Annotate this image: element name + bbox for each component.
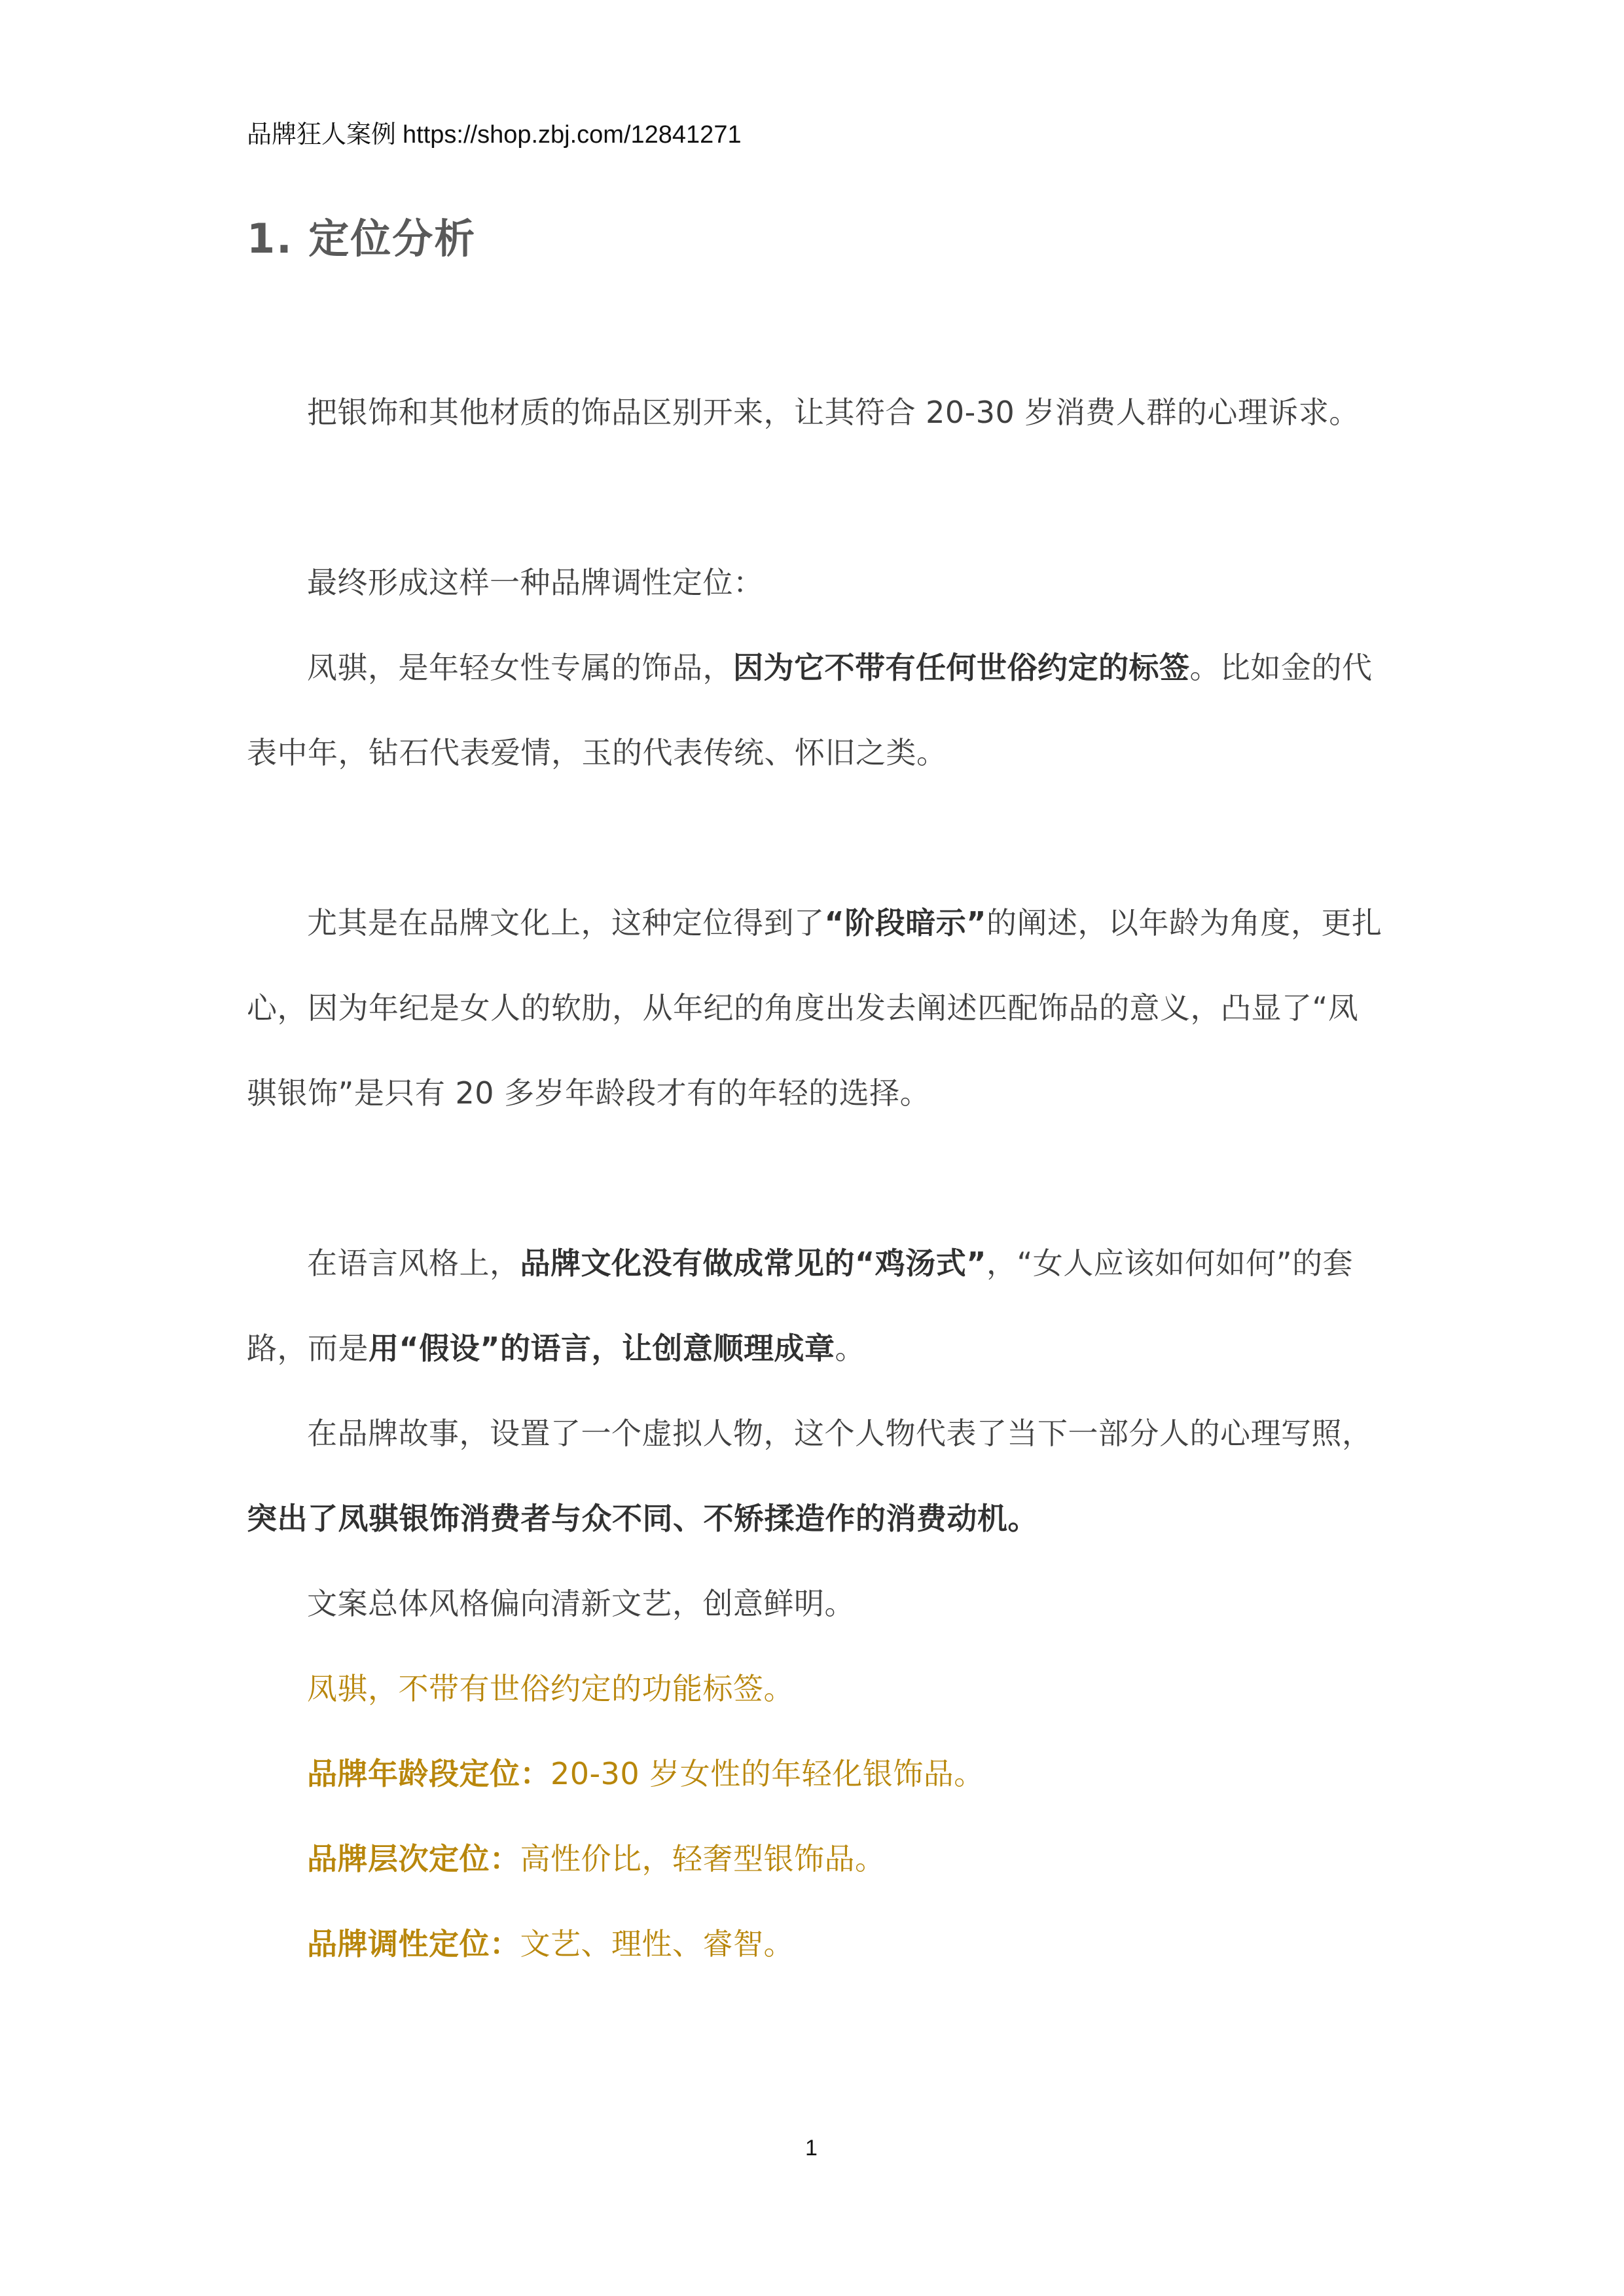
- paragraph-3: 凤骐，是年轻女性专属的饰品，因为它不带有任何世俗约定的标签。比如金的代表中年，钻…: [247, 625, 1386, 795]
- tier-positioning-label: 品牌层次定位：: [307, 1841, 520, 1876]
- paragraph-2-text: 最终形成这样一种品牌调性定位：: [307, 565, 764, 600]
- paragraph-4-emphasis: “阶段暗示”: [825, 905, 986, 941]
- paragraph-1-text: 把银饰和其他材质的饰品区别开来，让其符合 20-30 岁消费人群的心理诉求。: [307, 395, 1360, 430]
- paragraph-5-text-c: 。: [835, 1331, 865, 1366]
- page-number: 1: [805, 2135, 818, 2161]
- paragraph-6: 在品牌故事，设置了一个虚拟人物，这个人物代表了当下一部分人的心理写照，突出了凤骐…: [247, 1391, 1386, 1561]
- tone-positioning-label: 品牌调性定位：: [307, 1926, 520, 1962]
- section-title-text: 定位分析: [308, 215, 476, 262]
- age-positioning-value: 20-30 岁女性的年轻化银饰品。: [550, 1756, 984, 1791]
- tone-positioning-value: 文艺、理性、睿智。: [520, 1926, 795, 1962]
- paragraph-4: 尤其是在品牌文化上，这种定位得到了“阶段暗示”的阐述，以年龄为角度，更扎心，因为…: [247, 880, 1386, 1136]
- page-header: 品牌狂人案例https://shop.zbj.com/12841271: [247, 118, 742, 151]
- age-positioning-label: 品牌年龄段定位：: [307, 1756, 550, 1791]
- paragraph-5-emphasis-2: 用“假设”的语言，让创意顺理成章: [369, 1331, 835, 1366]
- paragraph-1: 把银饰和其他材质的饰品区别开来，让其符合 20-30 岁消费人群的心理诉求。: [247, 370, 1386, 455]
- highlight-tone-positioning: 品牌调性定位：文艺、理性、睿智。: [247, 1901, 1386, 1986]
- paragraph-5-text-a: 在语言风格上，: [307, 1246, 520, 1281]
- highlight-tagline: 凤骐，不带有世俗约定的功能标签。: [247, 1646, 1386, 1731]
- paragraph-4-text-a: 尤其是在品牌文化上，这种定位得到了: [307, 905, 825, 941]
- tier-positioning-value: 高性价比，轻奢型银饰品。: [520, 1841, 886, 1876]
- highlight-tier-positioning: 品牌层次定位：高性价比，轻奢型银饰品。: [247, 1816, 1386, 1901]
- paragraph-2: 最终形成这样一种品牌调性定位：: [247, 540, 1386, 625]
- header-brand: 品牌狂人案例: [247, 120, 396, 149]
- paragraph-7-text: 文案总体风格偏向清新文艺，创意鲜明。: [307, 1586, 855, 1621]
- paragraph-3-emphasis: 因为它不带有任何世俗约定的标签: [733, 650, 1190, 685]
- header-url[interactable]: https://shop.zbj.com/12841271: [403, 121, 742, 149]
- paragraph-3-text-a: 凤骐，是年轻女性专属的饰品，: [307, 650, 733, 685]
- highlight-tagline-text: 凤骐，不带有世俗约定的功能标签。: [307, 1671, 794, 1706]
- paragraph-7: 文案总体风格偏向清新文艺，创意鲜明。: [247, 1561, 1386, 1646]
- section-number: 1.: [247, 215, 293, 262]
- document-page: 品牌狂人案例https://shop.zbj.com/12841271 1. 定…: [0, 0, 1624, 2296]
- highlight-age-positioning: 品牌年龄段定位：20-30 岁女性的年轻化银饰品。: [247, 1731, 1386, 1816]
- paragraph-6-emphasis: 突出了凤骐银饰消费者与众不同、不矫揉造作的消费动机。: [247, 1501, 1038, 1536]
- paragraph-5-emphasis-1: 品牌文化没有做成常见的“鸡汤式”: [520, 1246, 986, 1281]
- paragraph-5: 在语言风格上，品牌文化没有做成常见的“鸡汤式”，“女人应该如何如何”的套路，而是…: [247, 1221, 1386, 1391]
- paragraph-6-text-a: 在品牌故事，设置了一个虚拟人物，这个人物代表了当下一部分人的心理写照，: [307, 1416, 1373, 1451]
- section-title: 1. 定位分析: [247, 213, 476, 265]
